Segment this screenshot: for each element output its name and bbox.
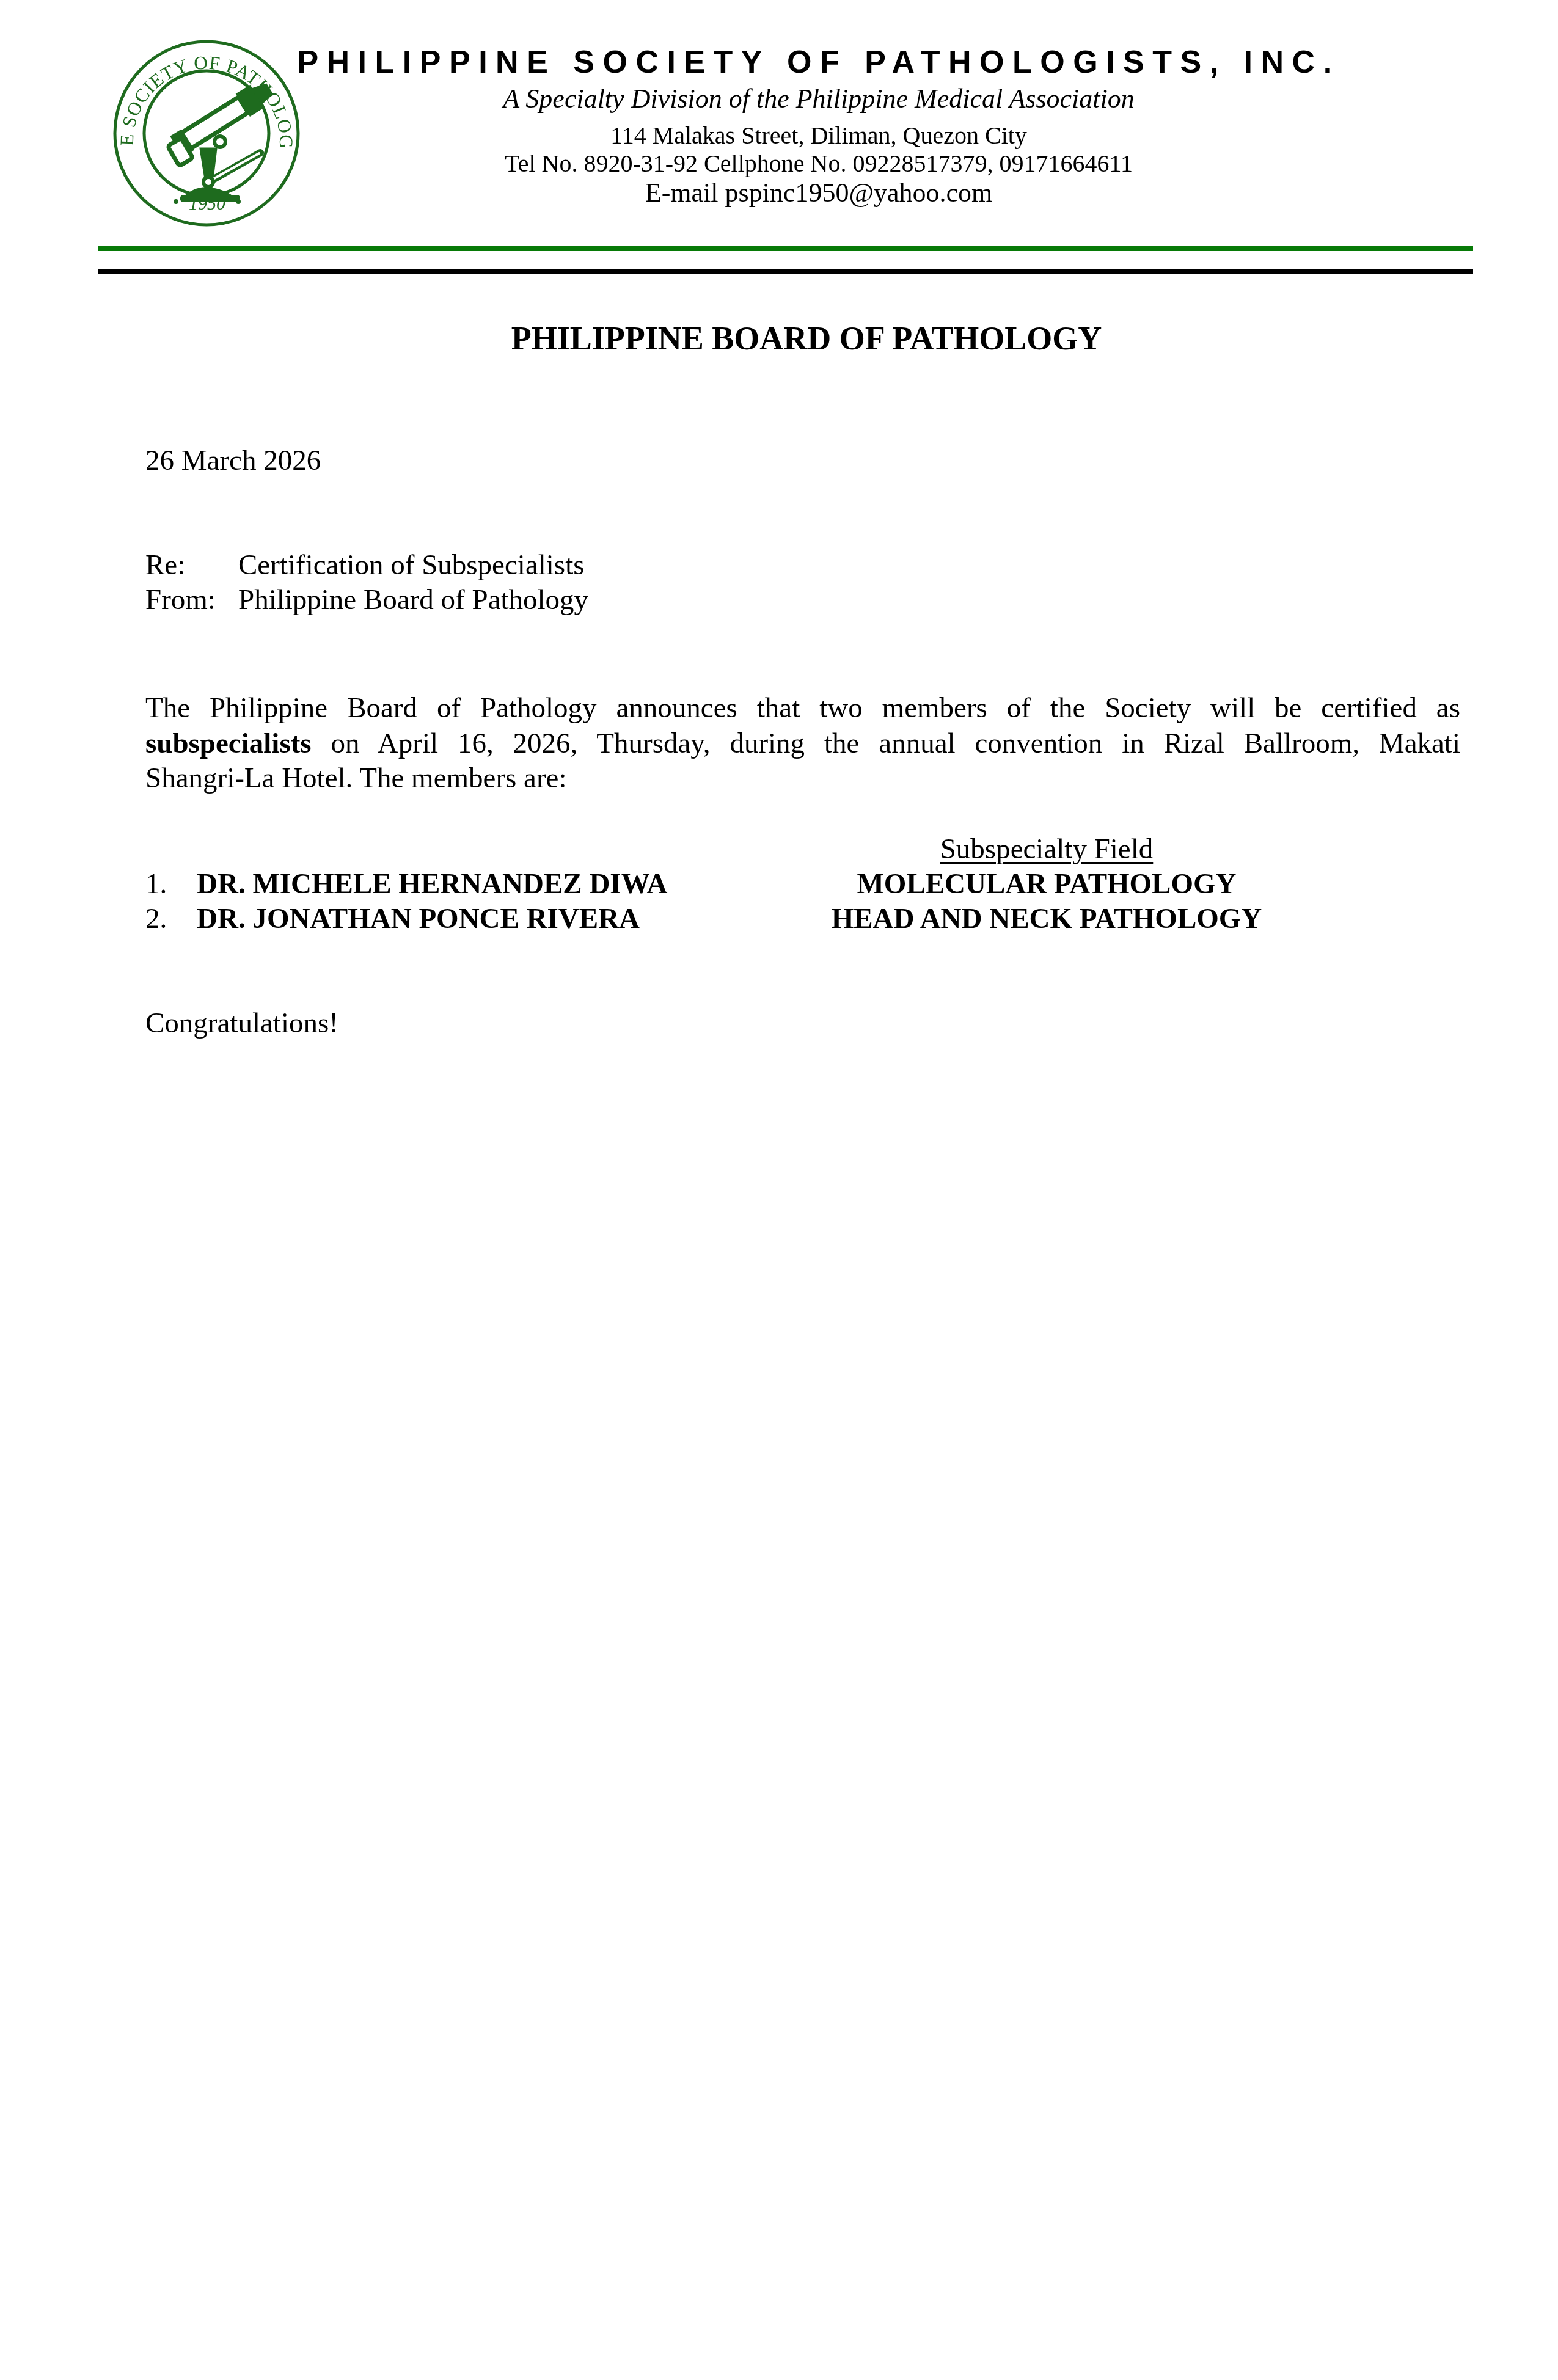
sender-line: From:Philippine Board of Pathology [145,583,588,618]
paragraph-line-1: The Philippine Board of Pathology announ… [145,691,1460,726]
member-name: DR. JONATHAN PONCE RIVERA [197,902,640,936]
paragraph-line-2: subspecialists on April 16, 2026, Thursd… [145,726,1460,762]
organization-address: 114 Malakas Street, Diliman, Quezon City [220,121,1417,150]
member-list-item: 2. DR. JONATHAN PONCE RIVERA HEAD AND NE… [145,902,1367,936]
organization-phone: Tel No. 8920-31-92 Cellphone No. 0922851… [220,149,1417,178]
member-name: DR. MICHELE HERNANDEZ DIWA [197,867,667,902]
organization-name: PHILIPPINE SOCIETY OF PATHOLOGISTS, INC. [220,44,1417,81]
subject-line: Re:Certification of Subspecialists [145,548,585,583]
paragraph-line-3: Shangri-La Hotel. The members are: [145,761,1460,797]
member-number: 1. [145,867,167,902]
member-subspecialty: HEAD AND NECK PATHOLOGY [802,902,1291,936]
announcement-paragraph: The Philippine Board of Pathology announ… [145,691,1460,797]
sender-label: From: [145,583,238,618]
member-subspecialty: MOLECULAR PATHOLOGY [802,867,1291,902]
letter-date: 26 March 2026 [145,444,321,478]
organization-email: E-mail pspinc1950@yahoo.com [220,178,1417,208]
subject-value: Certification of Subspecialists [238,549,585,581]
subspecialty-column-header: Subspecialty Field [802,832,1291,867]
header-divider-green [98,246,1473,251]
member-list-item: 1. DR. MICHELE HERNANDEZ DIWA MOLECULAR … [145,867,1367,902]
organization-subtitle: A Specialty Division of the Philippine M… [220,83,1417,115]
paragraph-line-2-rest: on April 16, 2026, Thursday, during the … [312,728,1460,759]
member-number: 2. [145,902,167,936]
subject-label: Re: [145,548,238,583]
header-divider-black [98,269,1473,274]
closing-line: Congratulations! [145,1006,338,1041]
paragraph-emphasis: subspecialists [145,728,312,759]
letter-title: PHILIPPINE BOARD OF PATHOLOGY [0,319,1558,358]
sender-value: Philippine Board of Pathology [238,584,588,616]
